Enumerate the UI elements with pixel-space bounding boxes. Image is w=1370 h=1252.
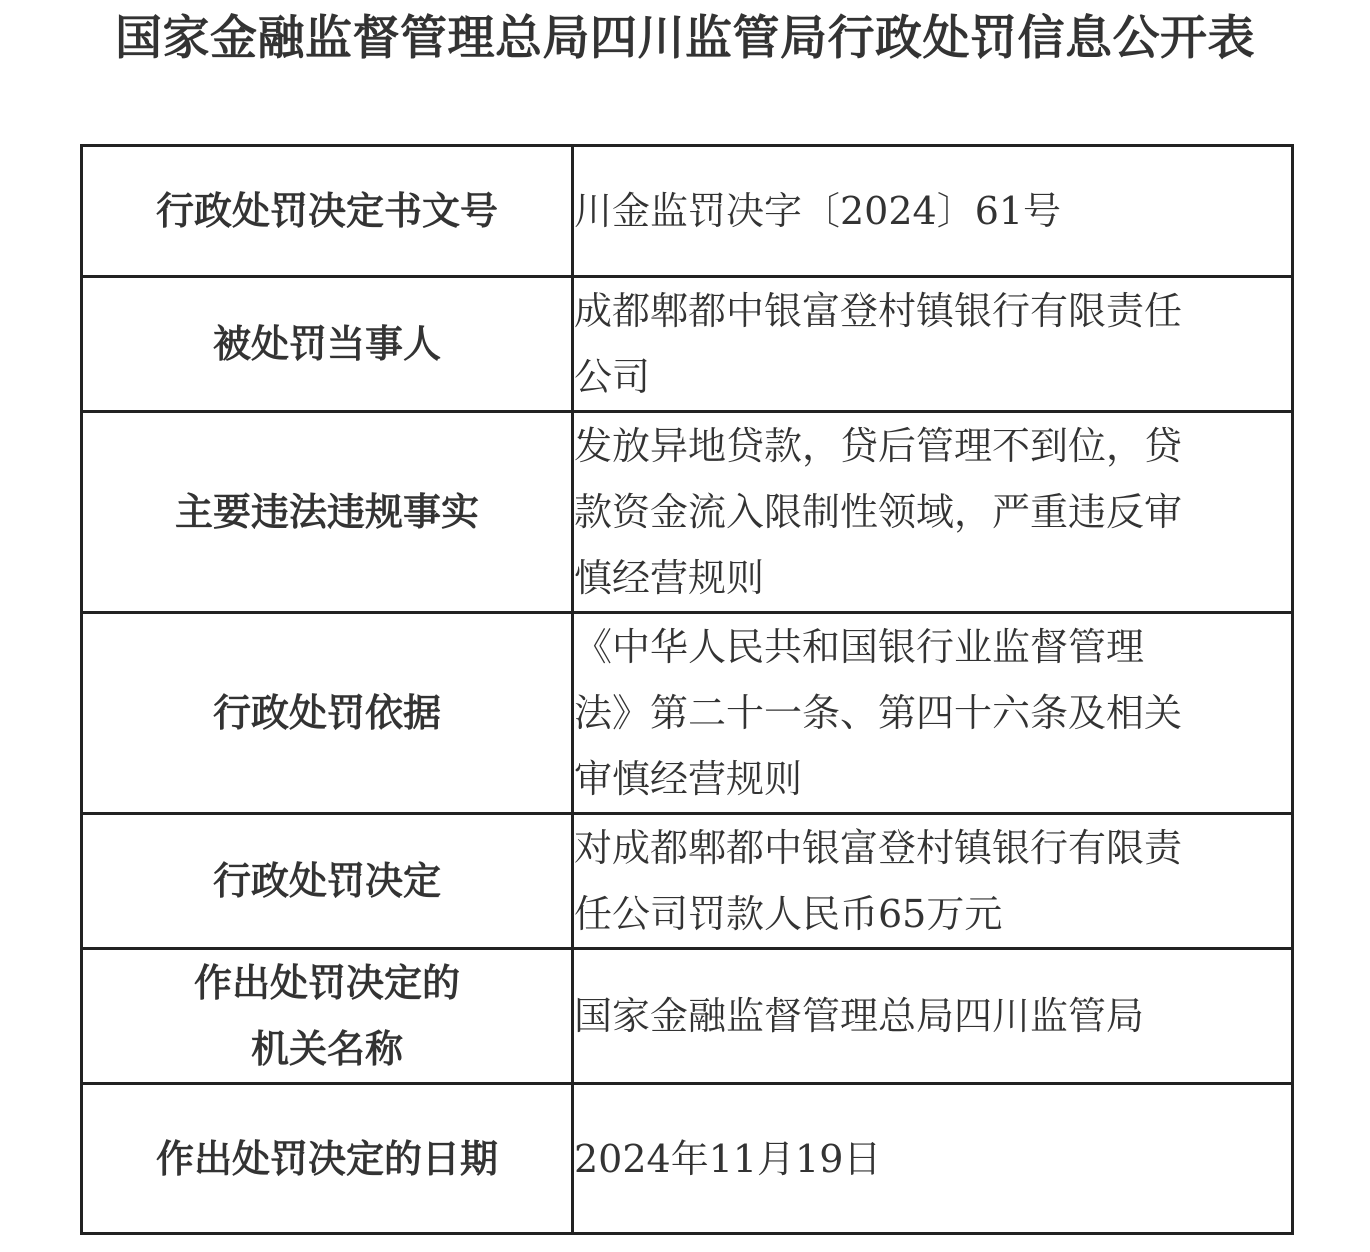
value-text: 款资金流入限制性领域，严重违反审 — [574, 479, 1291, 545]
table-row-issuing-authority: 作出处罚决定的 机关名称 国家金融监督管理总局四川监管局 — [82, 949, 1293, 1084]
label-decision-date: 作出处罚决定的日期 — [82, 1084, 573, 1234]
label-legal-basis: 行政处罚依据 — [82, 613, 573, 814]
table-row-violation-facts: 主要违法违规事实 发放异地贷款，贷后管理不到位，贷 款资金流入限制性领域，严重违… — [82, 412, 1293, 613]
value-text: 2024年11月19日 — [574, 1126, 1291, 1192]
value-text: 国家金融监督管理总局四川监管局 — [574, 983, 1291, 1049]
value-text: 审慎经营规则 — [574, 746, 1291, 812]
table-row-decision-number: 行政处罚决定书文号 川金监罚决字〔2024〕61号 — [82, 146, 1293, 277]
table-row-legal-basis: 行政处罚依据 《中华人民共和国银行业监督管理 法》第二十一条、第四十六条及相关 … — [82, 613, 1293, 814]
label-text: 作出处罚决定的日期 — [83, 1126, 571, 1192]
value-text: 发放异地贷款，贷后管理不到位，贷 — [574, 413, 1291, 479]
value-text: 成都郫都中银富登村镇银行有限责任 — [574, 278, 1291, 344]
penalty-info-table: 行政处罚决定书文号 川金监罚决字〔2024〕61号 被处罚当事人 成都郫都中银富… — [80, 144, 1294, 1235]
value-penalty-decision: 对成都郫都中银富登村镇银行有限责 任公司罚款人民币65万元 — [573, 814, 1293, 949]
table-row-decision-date: 作出处罚决定的日期 2024年11月19日 — [82, 1084, 1293, 1234]
value-text: 川金监罚决字〔2024〕61号 — [574, 178, 1291, 244]
value-legal-basis: 《中华人民共和国银行业监督管理 法》第二十一条、第四十六条及相关 审慎经营规则 — [573, 613, 1293, 814]
label-violation-facts: 主要违法违规事实 — [82, 412, 573, 613]
table-row-penalized-party: 被处罚当事人 成都郫都中银富登村镇银行有限责任 公司 — [82, 277, 1293, 412]
value-text: 任公司罚款人民币65万元 — [574, 881, 1291, 947]
value-text: 对成都郫都中银富登村镇银行有限责 — [574, 815, 1291, 881]
value-decision-date: 2024年11月19日 — [573, 1084, 1293, 1234]
label-penalty-decision: 行政处罚决定 — [82, 814, 573, 949]
value-text: 法》第二十一条、第四十六条及相关 — [574, 680, 1291, 746]
label-text: 行政处罚决定 — [83, 848, 571, 914]
value-decision-number: 川金监罚决字〔2024〕61号 — [573, 146, 1293, 277]
label-text: 被处罚当事人 — [83, 311, 571, 377]
label-penalized-party: 被处罚当事人 — [82, 277, 573, 412]
label-decision-number: 行政处罚决定书文号 — [82, 146, 573, 277]
value-issuing-authority: 国家金融监督管理总局四川监管局 — [573, 949, 1293, 1084]
value-text: 公司 — [574, 344, 1291, 410]
label-issuing-authority: 作出处罚决定的 机关名称 — [82, 949, 573, 1084]
page-title: 国家金融监督管理总局四川监管局行政处罚信息公开表 — [0, 8, 1370, 70]
label-text: 行政处罚依据 — [83, 680, 571, 746]
value-violation-facts: 发放异地贷款，贷后管理不到位，贷 款资金流入限制性领域，严重违反审 慎经营规则 — [573, 412, 1293, 613]
label-text: 机关名称 — [83, 1016, 571, 1082]
label-text: 作出处罚决定的 — [83, 950, 571, 1016]
label-text: 主要违法违规事实 — [83, 479, 571, 545]
value-text: 《中华人民共和国银行业监督管理 — [574, 614, 1291, 680]
value-penalized-party: 成都郫都中银富登村镇银行有限责任 公司 — [573, 277, 1293, 412]
value-text: 慎经营规则 — [574, 545, 1291, 611]
table-row-penalty-decision: 行政处罚决定 对成都郫都中银富登村镇银行有限责 任公司罚款人民币65万元 — [82, 814, 1293, 949]
label-text: 行政处罚决定书文号 — [83, 178, 571, 244]
